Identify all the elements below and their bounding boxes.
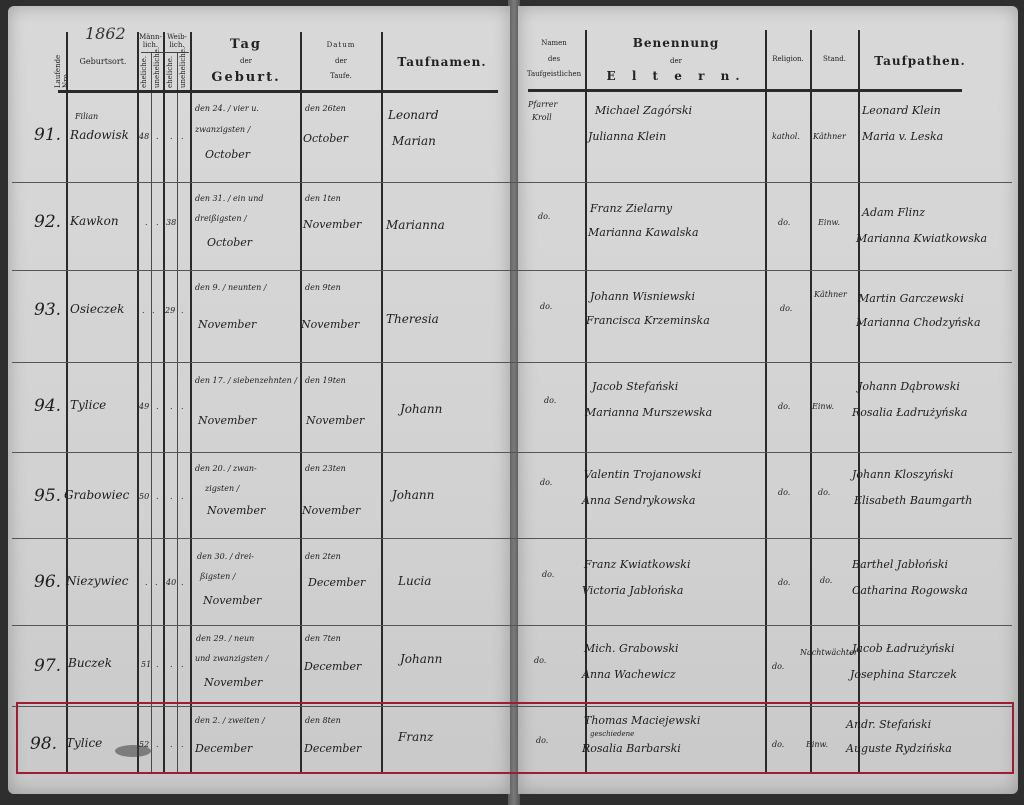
birth-month: November [203,594,261,608]
social-status: Einw. [812,402,834,412]
header-namen-3: Taufgeistlichen [525,71,583,79]
baptismal-name: Marianna [386,218,445,233]
female-legitimate: 29 [165,306,175,316]
baptism-day: den 8ten [305,716,341,726]
godparent-1: Andr. Stefański [846,718,931,732]
father-name: Franz Zielarny [590,202,672,216]
religion: do. [778,402,790,412]
row-separator [12,625,1012,626]
social-status: Einw. [818,218,840,228]
header-religion: Religion. [766,56,810,64]
godparent-1: Johann Kloszyński [852,468,953,482]
male-illegitimate: . [156,492,159,502]
female-illegitimate: . [181,402,184,412]
header-rule-left [58,90,498,93]
birth-day-words-2: zwanzigsten / [195,125,250,135]
godparent-1: Barthel Jabłoński [852,558,948,572]
priest-name: do. [540,478,552,488]
male-legitimate: . [145,578,148,588]
baptism-month: December [308,576,365,590]
header-namen-1: Namen [525,40,583,48]
male-legitimate: 49 [139,402,149,412]
header-tag-2: der [192,58,300,66]
birth-day-words: den 24. / vier u. [195,104,259,114]
female-illegitimate: . [181,306,184,316]
baptism-day: den 19ten [305,376,346,386]
birth-day-words: den 2. / zweiten / [195,716,265,726]
male-illegitimate: . [156,132,159,142]
male-illegitimate: . [156,402,159,412]
birthplace: Kawkon [70,214,119,229]
mother-name: Marianna Murszewska [585,406,712,420]
female-legitimate: . [170,740,173,750]
row-separator [12,452,1012,453]
female-illegitimate: . [181,740,184,750]
birth-day-words-2: und zwanzigsten / [195,654,268,664]
social-status: do. [820,576,832,586]
header-unehelich-m: uneheliche. [153,52,161,88]
birthplace: Niezywiec [66,574,128,589]
baptismal-name-2: Marian [392,134,436,149]
col-divider [163,32,165,774]
baptismal-name: Johann [392,488,434,503]
godparent-2: Marianna Chodzyńska [856,316,981,330]
entry-number: 95. [34,486,61,507]
male-illegitimate: . [156,660,159,670]
header-unehelich-w: uneheliche. [179,52,187,88]
birthplace-note: Filian [75,112,98,122]
mother-name: Victoria Jabłońska [582,584,683,598]
col-divider [858,30,860,774]
mother-name: Julianna Klein [588,130,666,144]
religion: do. [778,488,790,498]
godparent-1: Johann Dąbrowski [858,380,960,394]
baptism-month: December [304,660,361,674]
mother-name: Anna Wachewicz [582,668,676,682]
female-legitimate: 38 [166,218,176,228]
priest-name: do. [542,570,554,580]
header-rule-right [528,89,962,92]
godparent-2: Auguste Rydzińska [846,742,952,756]
row-separator [12,538,1012,539]
mother-name: Anna Sendrykowska [582,494,695,508]
baptism-day: den 1ten [305,194,341,204]
birthplace: Tylice [70,398,106,413]
priest-name: Pfarrer [528,100,557,110]
header-laufende-nro: Laufende Nro. [54,40,70,88]
entry-number: 92. [34,212,61,233]
godparent-1: Leonard Klein [862,104,941,118]
col-divider [585,30,587,774]
social-status: Einw. [806,740,828,750]
female-illegitimate: . [181,578,184,588]
mother-name: Marianna Kawalska [588,226,699,240]
baptismal-name: Johann [400,402,442,417]
entry-number: 93. [34,300,61,321]
priest-name: do. [538,212,550,222]
godparent-2: Maria v. Leska [862,130,943,144]
birth-month: November [207,504,265,518]
baptism-day: den 9ten [305,283,341,293]
godparent-2: Rosalia Ładrużyńska [852,406,967,420]
row-separator [12,182,1012,183]
col-divider [765,30,767,774]
baptism-day: den 7ten [305,634,341,644]
header-datum-2: der [302,58,380,66]
religion: kathol. [772,132,800,142]
baptism-day: den 23ten [305,464,346,474]
female-illegitimate: . [181,132,184,142]
birth-day-words-2: dreißigsten / [195,214,247,224]
religion: do. [772,740,784,750]
mother-name: Rosalia Barbarski [582,742,681,756]
birth-month: November [198,414,256,428]
header-stand: Stand. [811,56,858,64]
birth-day-words-2: ßigsten / [200,572,235,582]
birth-day-words: den 20. / zwan- [195,464,257,474]
male-legitimate: . [142,306,145,316]
female-legitimate: 40 [166,578,176,588]
mother-note: geschiedene [590,730,634,739]
birth-day-words-2: zigsten / [205,484,239,494]
header-geburtsort: Geburtsort. [72,58,134,67]
entry-number: 98. [30,734,57,755]
male-legitimate: . [145,218,148,228]
male-legitimate: 52 [139,740,149,750]
entry-number: 94. [34,396,61,417]
register-year: 1862 [85,24,126,43]
baptismal-name: Franz [398,730,433,745]
birth-day-words: den 9. / neunten / [195,283,267,293]
godparent-1: Jacob Ładrużyński [852,642,955,656]
female-legitimate: . [170,660,173,670]
godparent-1: Martin Garczewski [858,292,964,306]
baptism-day: den 2ten [305,552,341,562]
social-status: Käthner [813,132,846,142]
header-benennung-1: Benennung [588,37,764,50]
male-illegitimate: . [152,306,155,316]
birth-day-words: den 31. / ein und [195,194,263,204]
birthplace: Radowisk [70,128,129,143]
godparent-2: Elisabeth Baumgarth [854,494,972,508]
baptism-day: den 26ten [305,104,346,114]
row-separator [12,362,1012,363]
female-legitimate: . [170,132,173,142]
priest-name: do. [544,396,556,406]
female-illegitimate: . [181,660,184,670]
social-status: Käthner [814,290,847,300]
entry-number: 96. [34,572,61,593]
birthplace: Buczek [68,656,112,671]
entry-number: 91. [34,125,61,146]
male-illegitimate: . [155,578,158,588]
col-divider [381,32,383,774]
register-book: 1862 Laufende Nro. Geburtsort. Männ-lich… [0,0,1024,805]
priest-name: do. [540,302,552,312]
female-illegitimate: . [181,492,184,502]
religion: do. [772,662,784,672]
row-separator [12,270,1012,271]
header-ehelich-w: eheliche. [166,56,174,88]
birth-day-words: den 29. / neun [196,634,254,644]
birth-month: October [205,148,250,162]
col-divider [300,32,302,774]
religion: do. [778,578,790,588]
godparent-2: Josephina Starczek [850,668,957,682]
baptismal-name: Theresia [386,312,439,327]
father-name: Franz Kwiatkowski [584,558,691,572]
priest-name-2: Kroll [532,113,552,123]
birthplace: Grabowiec [64,488,129,503]
header-tag-3: Geburt. [192,71,300,85]
birth-month: October [207,236,252,250]
header-taufnamen: Taufnamen. [383,56,501,69]
birth-day-words: den 17. / siebenzehnten / [195,376,297,386]
col-divider [177,52,178,774]
godparent-2: Catharina Rogowska [852,584,968,598]
birth-day-words: den 30. / drei- [197,552,254,562]
header-taufpathen: Taufpathen. [860,55,980,68]
header-namen-2: des [525,56,583,64]
female-legitimate: . [170,492,173,502]
religion: do. [780,304,792,314]
male-legitimate: 50 [139,492,149,502]
baptism-month: November [301,318,359,332]
mother-name: Francisca Krzeminska [586,314,710,328]
header-benennung-3: E l t e r n. [588,70,764,83]
birth-month: November [198,318,256,332]
social-status: Nachtwächter [800,648,860,658]
female-legitimate: . [170,402,173,412]
baptism-month: November [303,218,361,232]
baptism-month: December [304,742,361,756]
baptism-month: October [303,132,348,146]
birthplace: Osieczek [70,302,124,317]
birth-month: December [195,742,252,756]
header-datum-3: Taufe. [302,73,380,81]
baptism-month: November [302,504,360,518]
father-name: Jacob Stefański [592,380,678,394]
religion: do. [778,218,790,228]
baptismal-name: Johann [400,652,442,667]
baptismal-name: Lucia [398,574,431,589]
baptismal-name: Leonard [388,108,439,123]
row-separator [12,706,1012,707]
col-divider [190,32,192,774]
male-legitimate: 51 [141,660,151,670]
header-benennung-2: der [588,58,764,66]
father-name: Mich. Grabowski [584,642,679,656]
social-status: do. [818,488,830,498]
godparent-2: Marianna Kwiatkowska [856,232,987,246]
entry-number: 97. [34,656,61,677]
male-illegitimate: . [156,740,159,750]
header-datum-1: Datum [302,42,380,50]
birthplace: Tylice [66,736,102,751]
male-illegitimate: . [156,218,159,228]
priest-name: do. [534,656,546,666]
baptism-month: November [306,414,364,428]
header-ehelich-m: eheliche. [140,56,148,88]
father-name: Valentin Trojanowski [584,468,701,482]
birth-month: November [204,676,262,690]
godparent-1: Adam Flinz [862,206,925,220]
father-name: Thomas Maciejewski [584,714,700,728]
father-name: Michael Zagórski [595,104,692,118]
male-legitimate: 48 [139,132,149,142]
priest-name: do. [536,736,548,746]
header-tag-1: Tag [192,38,300,52]
father-name: Johann Wisniewski [590,290,695,304]
